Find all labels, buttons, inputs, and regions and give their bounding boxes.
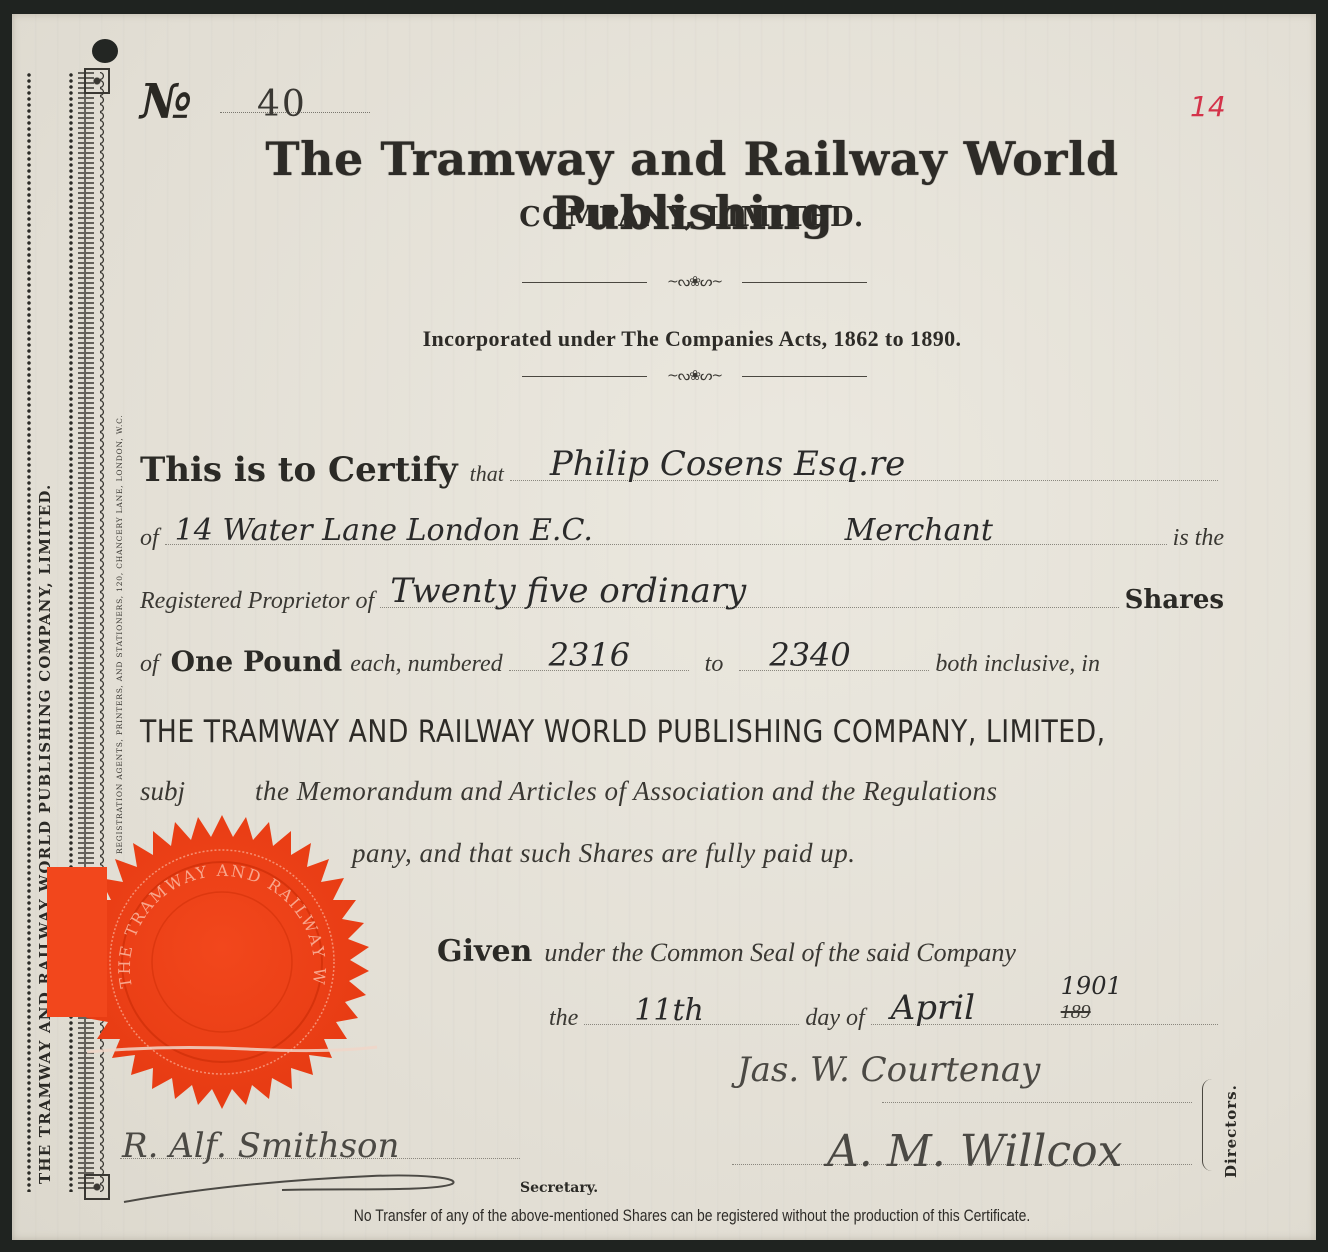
directors-bracket — [1202, 1079, 1213, 1171]
share-certificate: THE TRAMWAY AND RAILWAY WORLD PUBLISHING… — [12, 14, 1316, 1240]
secretary-flourish-icon — [122, 1166, 482, 1206]
given-line: Given under the Common Seal of the said … — [437, 934, 1224, 969]
border-corner-bottom — [84, 1174, 110, 1200]
numbered-label: each, numbered — [350, 651, 502, 678]
holder-name: Philip Cosens Esq.re — [550, 444, 905, 484]
denomination: One Pound — [171, 645, 343, 678]
holder-name-field: Philip Cosens Esq.re — [510, 452, 1218, 481]
flourish-divider-top: ~ᔓ❀ᔕ~ — [522, 276, 872, 290]
red-wax-seal-icon: THE TRAMWAY AND RAILWAY WORLD PUBLISHING… — [47, 797, 397, 1127]
the-label: the — [549, 1005, 578, 1032]
proprietor-line: Registered Proprietor of Twenty five ord… — [140, 579, 1224, 615]
punch-hole — [92, 39, 118, 63]
director-2-signature: A. M. Willcox — [827, 1126, 1122, 1177]
from-number-field: 2316 — [509, 642, 689, 671]
holder-address: 14 Water Lane London E.C. — [175, 513, 593, 548]
printer-imprint: REGISTRATION AGENTS, PRINTERS, AND STATI… — [115, 294, 129, 854]
both-inclusive-label: both inclusive, in — [935, 651, 1100, 678]
archive-mark: 14 — [1190, 90, 1226, 123]
to-label: to — [705, 651, 724, 678]
fully-paid-text: pany, and that such Shares are fully pai… — [352, 838, 855, 869]
month-field: April 189 1901 — [871, 996, 1218, 1025]
from-number: 2316 — [549, 636, 630, 674]
secretary-signature: R. Alf. Smithson — [122, 1126, 399, 1166]
secretary-label: Secretary. — [520, 1180, 598, 1196]
holder-occupation: Merchant — [845, 513, 993, 548]
handwritten-year: 1901 — [1061, 972, 1122, 1000]
registered-proprietor-label: Registered Proprietor of — [140, 588, 374, 615]
share-quantity: Twenty five ordinary — [390, 571, 746, 611]
shares-label: Shares — [1125, 585, 1224, 615]
certificate-number: 40 — [257, 84, 307, 125]
company-subtitle: COMPANY, LIMITED. — [132, 202, 1252, 233]
of-label-2: of — [140, 651, 159, 678]
certify-line: This is to Certify that Philip Cosens Es… — [140, 450, 1224, 490]
incorporation-statement: Incorporated under The Companies Acts, 1… — [132, 326, 1252, 352]
to-number: 2340 — [769, 636, 850, 674]
given-heading: Given — [437, 934, 532, 969]
day-field: 11th — [584, 996, 799, 1025]
company-name-caps: THE TRAMWAY AND RAILWAY WORLD PUBLISHING… — [140, 714, 1095, 750]
to-number-field: 2340 — [739, 642, 929, 671]
share-quantity-field: Twenty five ordinary — [380, 579, 1118, 608]
share-numbers-line: of One Pound each, numbered 2316 to 2340… — [140, 642, 1224, 678]
director-1-line — [882, 1102, 1192, 1103]
month-value: April — [891, 988, 975, 1028]
printed-year-struck: 189 — [1061, 1001, 1091, 1024]
address-line: of 14 Water Lane London E.C. Merchant is… — [140, 516, 1224, 552]
transfer-notice: No Transfer of any of the above-mentione… — [298, 1206, 1085, 1226]
director-1-signature: Jas. W. Courtenay — [737, 1050, 1040, 1090]
fully-paid-line: pany, and that such Shares are fully pai… — [352, 838, 1224, 869]
is-the-label: is the — [1173, 525, 1224, 552]
directors-label: Directors. — [1222, 1078, 1240, 1178]
border-dots-outer — [26, 72, 32, 1192]
day-of-label: day of — [805, 1005, 864, 1032]
flourish-divider-bottom: ~ᔓ❀ᔕ~ — [522, 370, 872, 384]
common-seal-text: under the Common Seal of the said Compan… — [544, 938, 1016, 968]
date-line: the 11th day of April 189 1901 — [549, 996, 1224, 1032]
day-value: 11th — [634, 993, 704, 1028]
certificate-number-label: № — [140, 74, 192, 130]
that-label: that — [470, 461, 504, 487]
of-label: of — [140, 525, 159, 552]
address-field: 14 Water Lane London E.C. Merchant — [165, 516, 1167, 545]
certify-heading: This is to Certify — [140, 450, 458, 490]
border-corner-top — [84, 68, 110, 94]
